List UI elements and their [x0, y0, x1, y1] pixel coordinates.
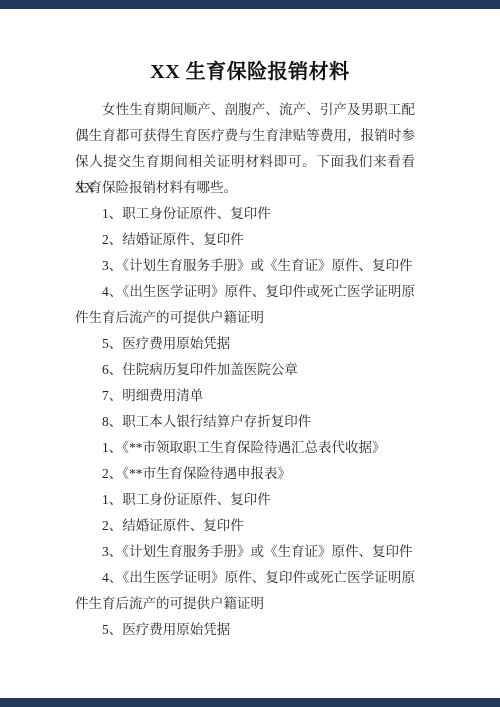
doc-line: 保人提交生育期间相关证明材料即可。下面我们来看看 XX — [75, 149, 415, 175]
doc-line: 1、《**市领取职工生育保险待遇汇总表代收据》 — [75, 435, 415, 461]
doc-line: 4、《出生医学证明》原件、复印件或死亡医学证明原 — [75, 279, 415, 305]
doc-body: 女性生育期间顺产、剖腹产、流产、引产及男职工配偶生育都可获得生育医疗费与生育津贴… — [75, 97, 415, 643]
doc-line: 偶生育都可获得生育医疗费与生育津贴等费用，报销时参 — [75, 123, 415, 149]
doc-line: 3、《计划生育服务手册》或《生育证》原件、复印件 — [75, 539, 415, 565]
doc-line: 2、结婚证原件、复印件 — [75, 227, 415, 253]
doc-line: 4、《出生医学证明》原件、复印件或死亡医学证明原 — [75, 565, 415, 591]
top-edge-bar — [0, 0, 500, 9]
doc-line: 7、明细费用清单 — [75, 383, 415, 409]
doc-line: 6、住院病历复印件加盖医院公章 — [75, 357, 415, 383]
bottom-edge-bar — [0, 698, 500, 707]
doc-line: 件生育后流产的可提供户籍证明 — [75, 591, 415, 617]
doc-title: XX 生育保险报销材料 — [0, 59, 500, 85]
doc-line: 件生育后流产的可提供户籍证明 — [75, 305, 415, 331]
doc-line: 1、职工身份证原件、复印件 — [75, 487, 415, 513]
doc-line: 生育保险报销材料有哪些。 — [75, 175, 415, 201]
document-page: XX 生育保险报销材料 女性生育期间顺产、剖腹产、流产、引产及男职工配偶生育都可… — [0, 0, 500, 707]
doc-line: 2、结婚证原件、复印件 — [75, 513, 415, 539]
doc-line: 1、职工身份证原件、复印件 — [75, 201, 415, 227]
doc-line: 3、《计划生育服务手册》或《生育证》原件、复印件 — [75, 253, 415, 279]
doc-line: 5、医疗费用原始凭据 — [75, 331, 415, 357]
doc-line: 5、医疗费用原始凭据 — [75, 617, 415, 643]
doc-line: 2、《**市生育保险待遇申报表》 — [75, 461, 415, 487]
doc-line: 8、职工本人银行结算户存折复印件 — [75, 409, 415, 435]
doc-line: 女性生育期间顺产、剖腹产、流产、引产及男职工配 — [75, 97, 415, 123]
